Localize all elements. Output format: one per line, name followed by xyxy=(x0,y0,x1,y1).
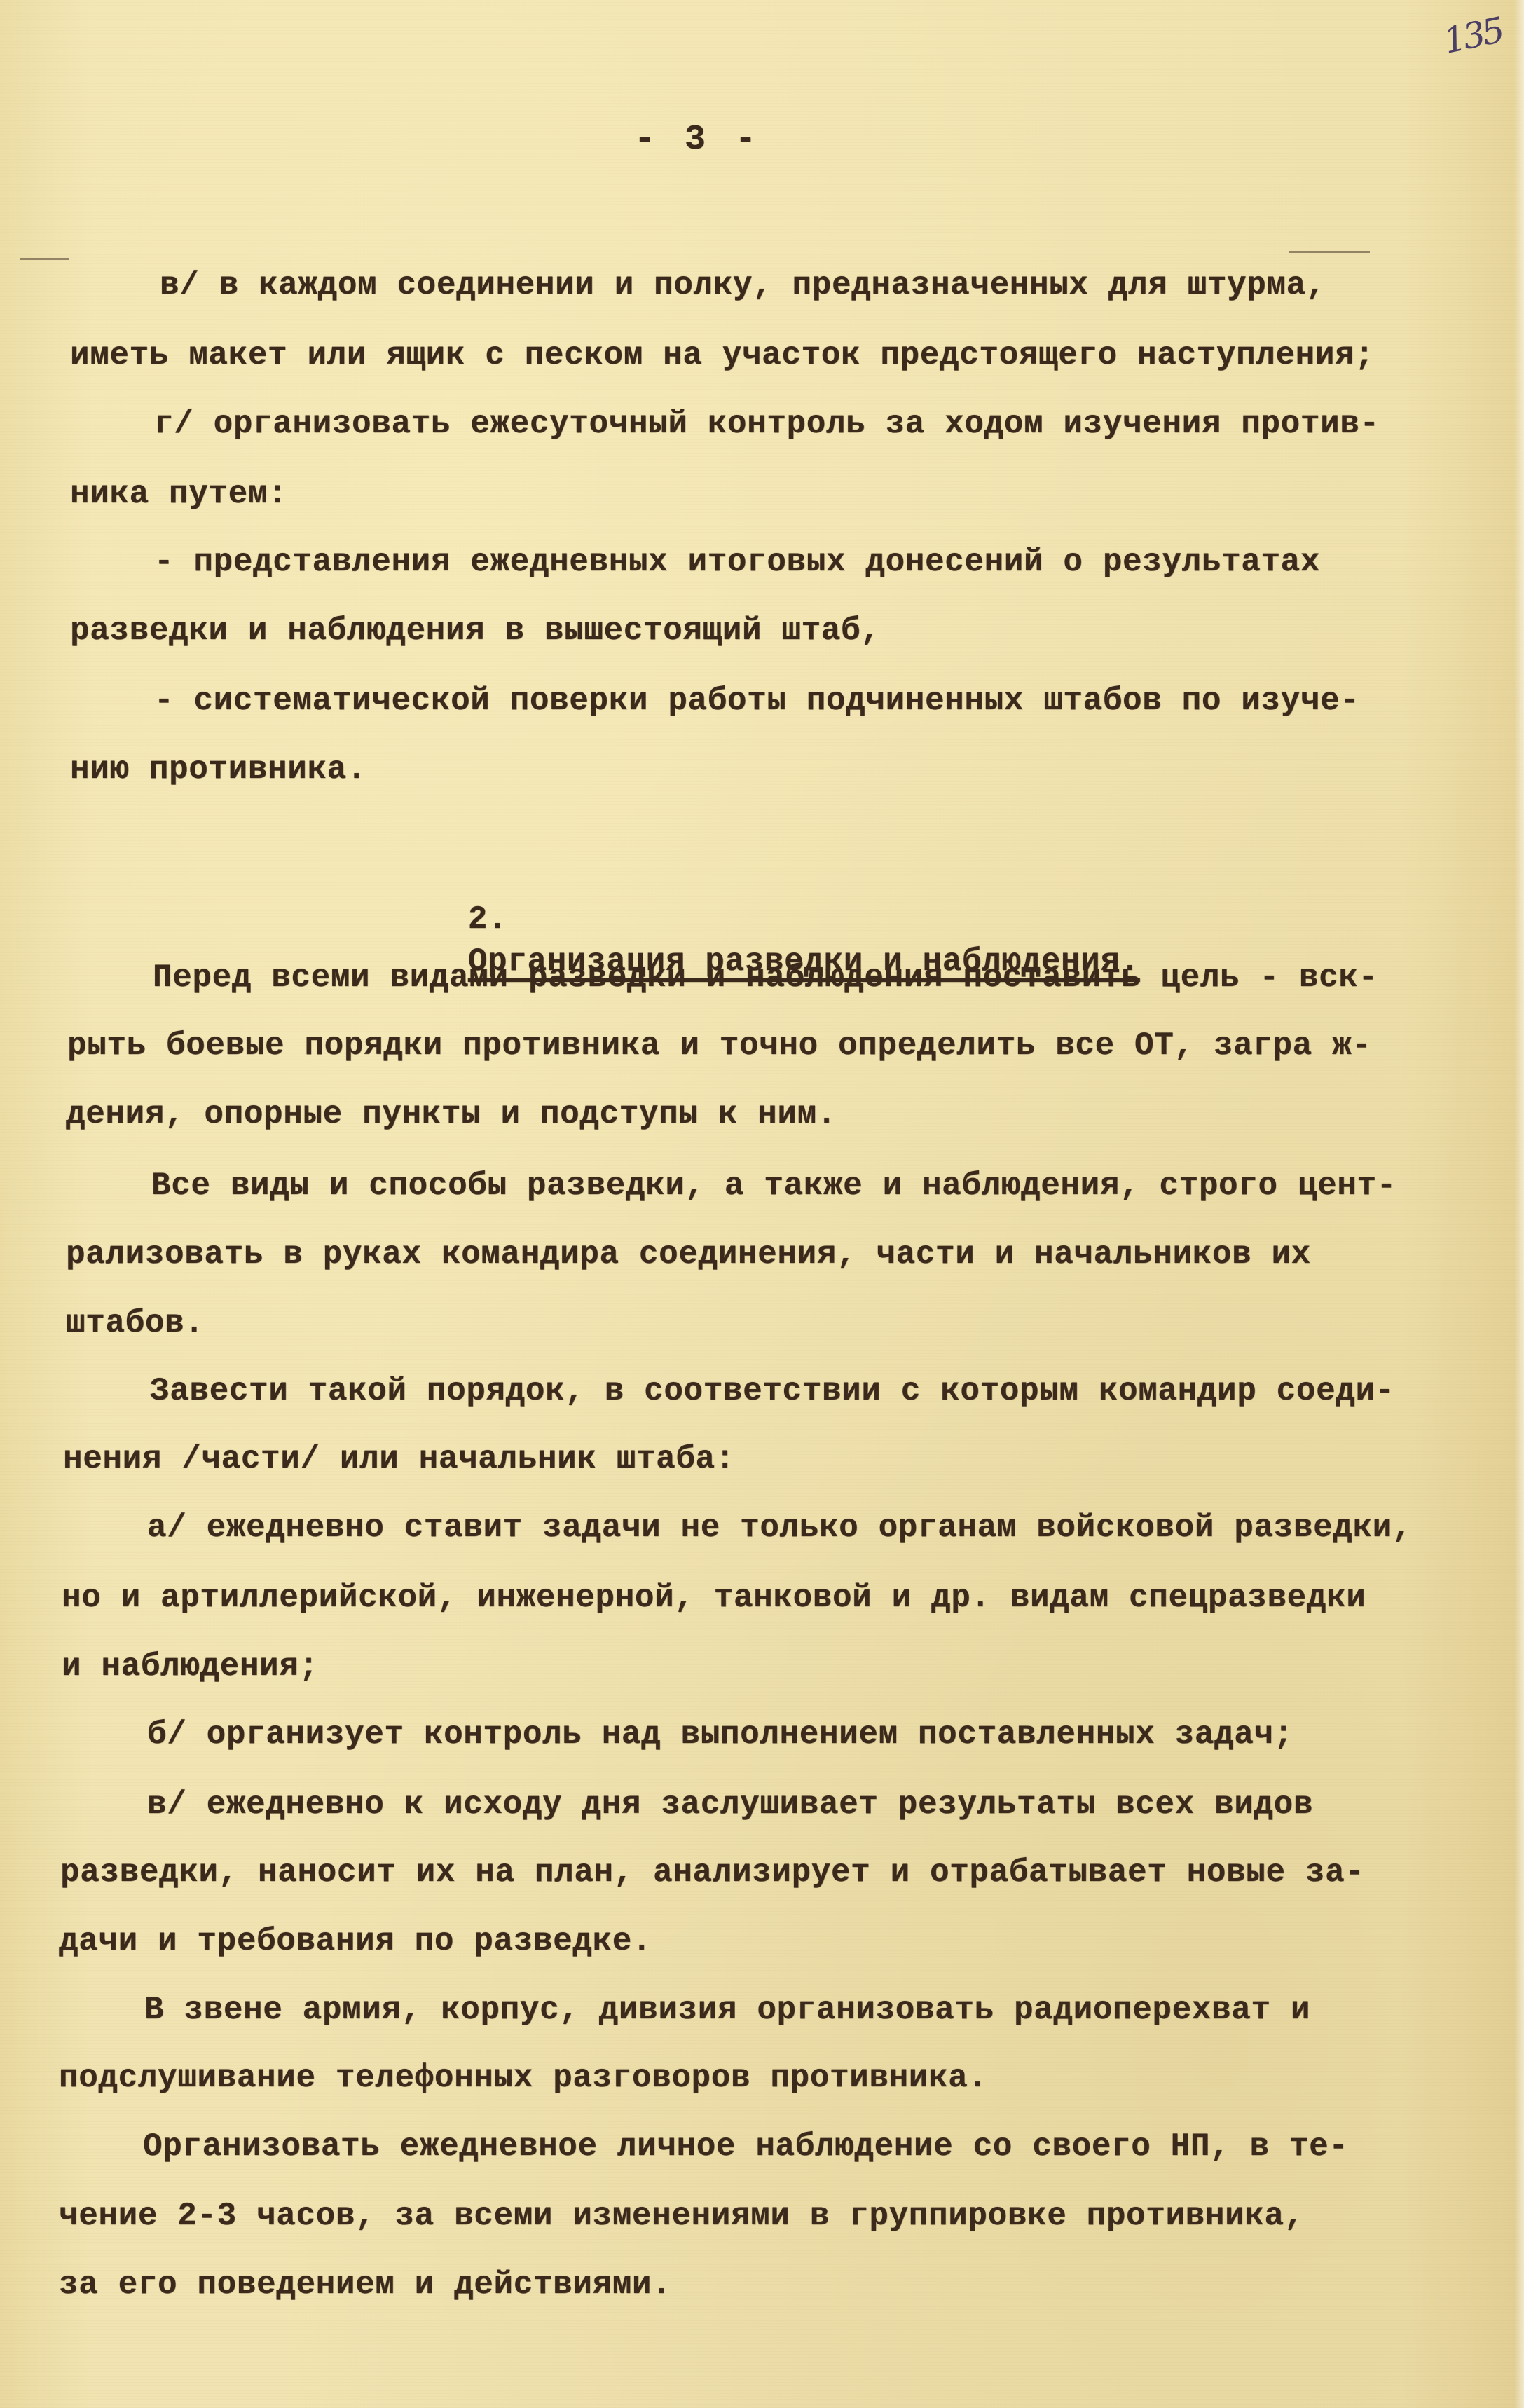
text-line: в/ в каждом соединении и полку, предназн… xyxy=(160,264,1326,306)
text-line: подслушивание телефонных разговоров прот… xyxy=(59,2057,988,2099)
text-line: чение 2-3 часов, за всеми изменениями в … xyxy=(59,2195,1304,2237)
text-line: разведки и наблюдения в вышестоящий штаб… xyxy=(70,610,880,652)
text-line: в/ ежедневно к исходу дня заслушивает ре… xyxy=(147,1784,1313,1826)
text-line: - представления ежедневных итоговых доне… xyxy=(154,541,1320,583)
text-line: г/ организовать ежесуточный контроль за … xyxy=(154,403,1380,445)
text-line: - систематической поверки работы подчине… xyxy=(154,680,1359,722)
text-line: Все виды и способы разведки, а также и н… xyxy=(151,1165,1396,1207)
text-line: Завести такой порядок, в соответствии с … xyxy=(150,1370,1395,1412)
text-line: нию противника. xyxy=(70,748,366,791)
text-line: а/ ежедневно ставит задачи не только орг… xyxy=(147,1507,1412,1549)
text-line: за его поведением и действиями. xyxy=(59,2264,671,2306)
text-line: б/ организует контроль над выполнением п… xyxy=(147,1713,1293,1756)
text-line: Организовать ежедневное личное наблюдени… xyxy=(143,2126,1348,2168)
folio-number: 135 xyxy=(1440,10,1506,62)
text-line: рализовать в руках командира соединения,… xyxy=(66,1233,1311,1275)
text-line: рыть боевые порядки противника и точно о… xyxy=(67,1025,1372,1067)
text-line: иметь макет или ящик с песком на участок… xyxy=(70,334,1375,376)
text-line: Перед всеми видами разведки и наблюдения… xyxy=(153,957,1378,999)
text-line: но и артиллерийской, инженерной, танково… xyxy=(62,1577,1366,1619)
text-line: ника путем: xyxy=(70,473,287,515)
margin-mark-left xyxy=(20,258,69,260)
section-number: 2. xyxy=(468,901,507,938)
text-line: штабов. xyxy=(66,1302,204,1344)
text-line: дачи и требования по разведке. xyxy=(59,1920,652,1962)
document-page: 135 - 3 - в/ в каждом соединении и полку… xyxy=(0,0,1524,2408)
text-line: В звене армия, корпус, дивизия организов… xyxy=(144,1989,1310,2031)
page-edge xyxy=(1514,0,1524,2408)
text-line: нения /части/ или начальник штаба: xyxy=(63,1438,735,1480)
text-line: и наблюдения; xyxy=(62,1646,319,1688)
text-line: дения, опорные пункты и подступы к ним. xyxy=(66,1093,837,1135)
page-number: - 3 - xyxy=(634,119,760,161)
margin-mark-right xyxy=(1289,251,1370,253)
text-line: разведки, наносит их на план, анализируе… xyxy=(60,1852,1365,1894)
section-heading: 2. Организация разведки и наблюдения. xyxy=(389,856,1140,1025)
